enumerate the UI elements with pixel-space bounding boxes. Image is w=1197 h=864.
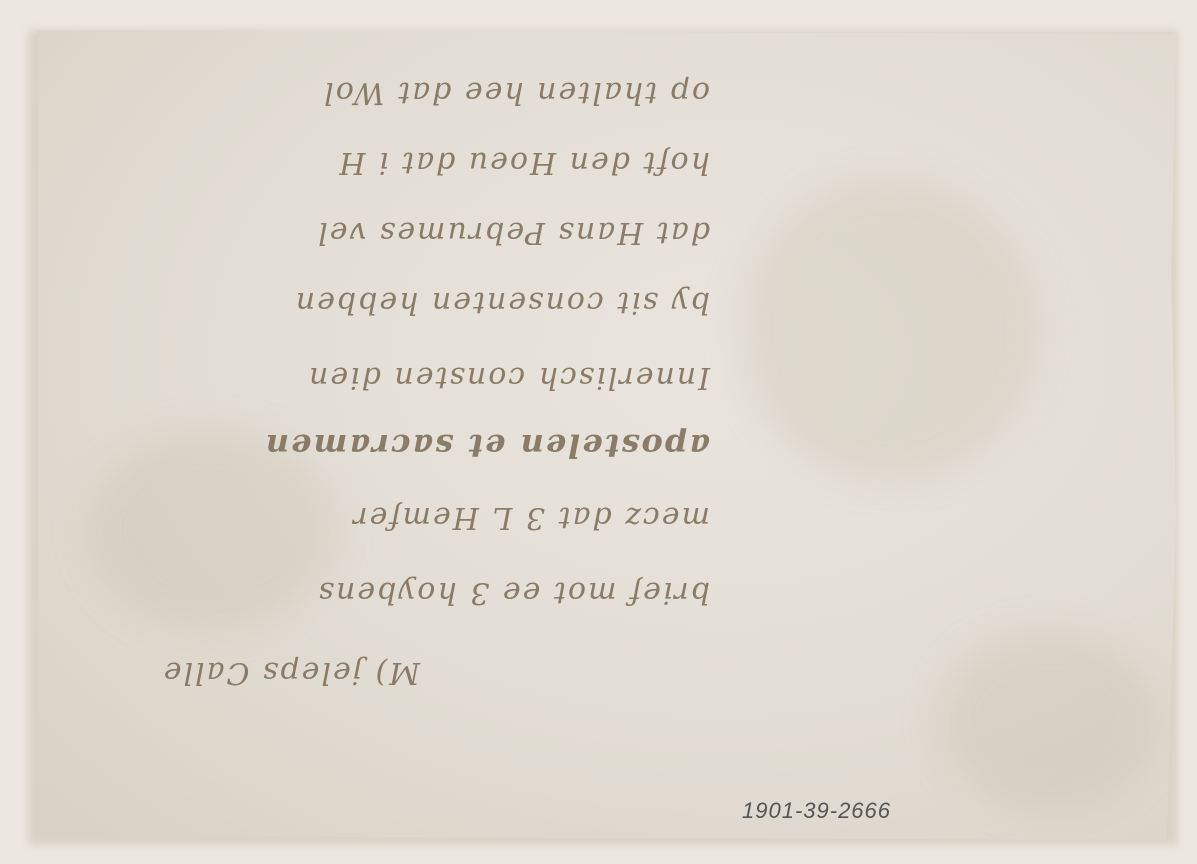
manuscript-line: dat Hans Pebrumes vel bbox=[316, 215, 710, 250]
manuscript-line: apostelen et sacramen bbox=[264, 427, 710, 465]
manuscript-line: M) jeleps Calle bbox=[162, 655, 420, 690]
accession-number: 1901-39-2666 bbox=[742, 798, 891, 824]
manuscript-line: op thalten hee dat Wol bbox=[322, 75, 710, 110]
manuscript-line: mecz dat 3 L Hemfer bbox=[351, 500, 710, 535]
manuscript-line: Innerlisch consten dien bbox=[307, 360, 710, 395]
manuscript-line: brief mot ee 3 hoybens bbox=[317, 575, 710, 610]
manuscript-line: by sit consenten hebben bbox=[294, 285, 710, 320]
manuscript-line: hoft den Hoeu dat i H bbox=[337, 145, 710, 180]
handwritten-text-block: M) jeleps Calle brief mot ee 3 hoybens m… bbox=[30, 20, 750, 780]
